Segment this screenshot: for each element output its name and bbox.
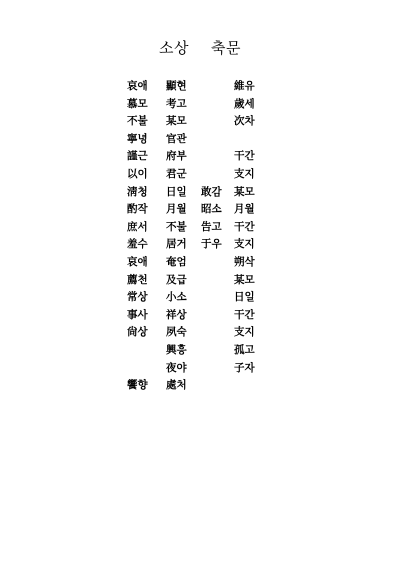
text-cell: 支지 [234, 325, 255, 340]
text-cell: 事사 [127, 308, 148, 323]
text-cell: 居거 [166, 237, 187, 252]
text-cell: 子자 [234, 361, 255, 376]
text-cell: 支지 [234, 237, 255, 252]
text-cell: 興흥 [166, 343, 187, 358]
text-cell: 庶서 [127, 220, 148, 235]
text-cell: 哀애 [127, 255, 148, 270]
text-cell: 夜야 [166, 361, 187, 376]
text-cell: 府부 [166, 149, 187, 164]
text-cell: 于우 [201, 237, 222, 252]
text-cell: 寧녕 [127, 132, 148, 147]
text-cell: 干간 [234, 220, 255, 235]
text-cell: 慕모 [127, 97, 148, 112]
text-cell: 常상 [127, 290, 148, 305]
text-cell: 考고 [166, 97, 187, 112]
text-cell: 酌작 [127, 202, 148, 217]
text-cell: 干간 [234, 149, 255, 164]
title-part-2: 축문 [211, 37, 241, 58]
text-cell: 干간 [234, 308, 255, 323]
text-cell: 淸청 [127, 185, 148, 200]
text-cell: 小소 [166, 290, 187, 305]
text-cell: 某모 [234, 185, 255, 200]
text-cell: 日일 [166, 185, 187, 200]
text-cell: 羞수 [127, 237, 148, 252]
text-cell: 月월 [234, 202, 255, 217]
text-cell: 夙숙 [166, 325, 187, 340]
text-cell: 哀애 [127, 79, 148, 94]
text-cell: 顯현 [166, 79, 187, 94]
text-cell: 尙상 [127, 325, 148, 340]
text-cell: 及급 [166, 273, 187, 288]
text-cell: 奄엄 [166, 255, 187, 270]
text-cell: 薦천 [127, 273, 148, 288]
text-cell: 某모 [234, 273, 255, 288]
text-cell: 孤고 [234, 343, 255, 358]
text-cell: 月월 [166, 202, 187, 217]
text-cell: 日일 [234, 290, 255, 305]
text-cell: 官관 [166, 132, 187, 147]
text-cell: 維유 [234, 79, 255, 94]
text-cell: 以이 [127, 167, 148, 182]
text-cell: 君군 [166, 167, 187, 182]
page-title: 소상축문 [0, 37, 400, 58]
text-cell: 謹근 [127, 149, 148, 164]
text-cell: 次차 [234, 114, 255, 129]
text-cell: 不불 [166, 220, 187, 235]
text-cell: 祥상 [166, 308, 187, 323]
text-cell: 朔삭 [234, 255, 255, 270]
text-cell: 饗향 [127, 378, 148, 393]
text-cell: 昭소 [201, 202, 222, 217]
text-cell: 不불 [127, 114, 148, 129]
text-cell: 某모 [166, 114, 187, 129]
text-cell: 支지 [234, 167, 255, 182]
text-cell: 處처 [166, 378, 187, 393]
text-cell: 歲세 [234, 97, 255, 112]
text-cell: 敢감 [201, 185, 222, 200]
text-cell: 告고 [201, 220, 222, 235]
title-part-1: 소상 [159, 37, 189, 58]
